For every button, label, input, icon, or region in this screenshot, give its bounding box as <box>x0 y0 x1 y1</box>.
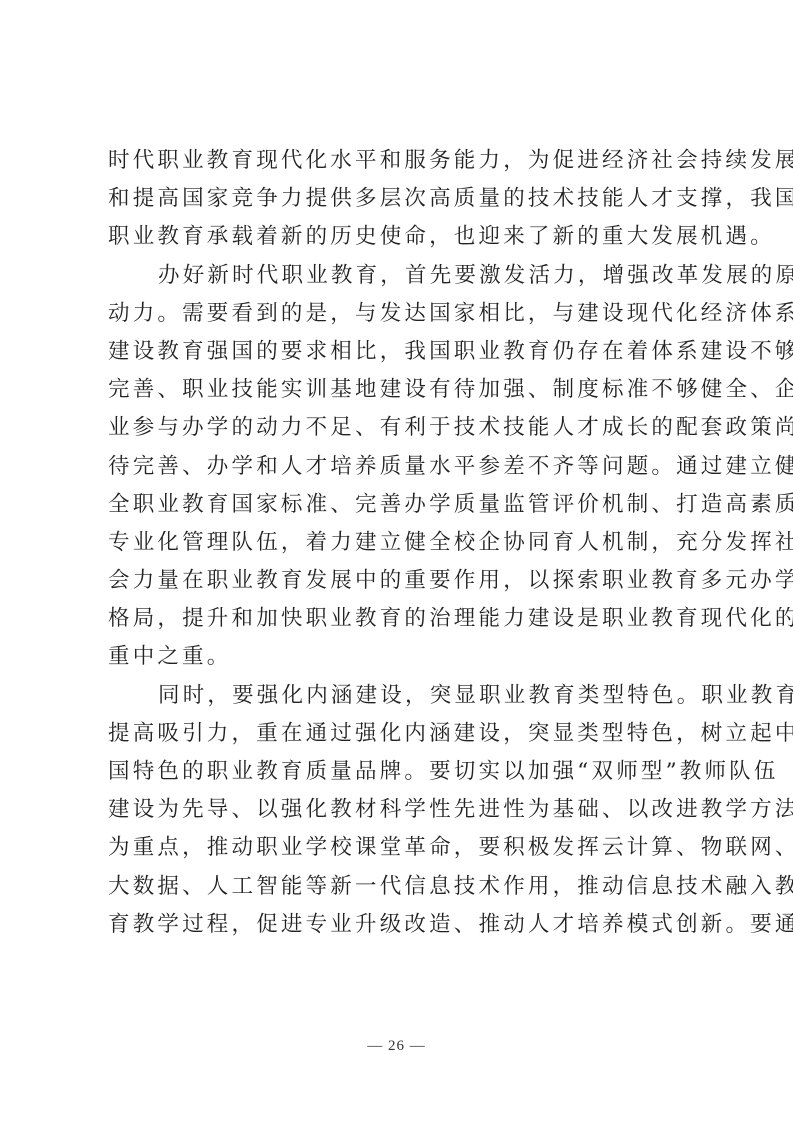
page-number: — 26 — <box>0 1038 793 1055</box>
text-line: 建设教育强国的要求相比，我国职业教育仍存在着体系建设不够 <box>108 333 713 371</box>
text-line: 待完善、办学和人才培养质量水平参差不齐等问题。通过建立健 <box>108 448 713 486</box>
text-line: 全职业教育国家标准、完善办学质量监管评价机制、打造高素质 <box>108 486 713 524</box>
text-line: 同时，要强化内涵建设，突显职业教育类型特色。职业教育 <box>108 677 713 715</box>
text-line: 时代职业教育现代化水平和服务能力，为促进经济社会持续发展 <box>108 142 713 180</box>
text-line: 大数据、人工智能等新一代信息技术作用，推动信息技术融入教 <box>108 868 713 906</box>
text-line: 育教学过程，促进专业升级改造、推动人才培养模式创新。要通 <box>108 906 713 944</box>
text-line: 动力。需要看到的是，与发达国家相比，与建设现代化经济体系、 <box>108 295 713 333</box>
text-line: 业参与办学的动力不足、有利于技术技能人才成长的配套政策尚 <box>108 409 713 447</box>
text-line: 为重点，推动职业学校课堂革命，要积极发挥云计算、物联网、 <box>108 829 713 867</box>
text-line: 建设为先导、以强化教材科学性先进性为基础、以改进教学方法 <box>108 791 713 829</box>
text-line: 会力量在职业教育发展中的重要作用，以探索职业教育多元办学 <box>108 562 713 600</box>
paragraph-2: 办好新时代职业教育，首先要激发活力，增强改革发展的原 动力。需要看到的是，与发达… <box>108 257 713 677</box>
text-line: 完善、职业技能实训基地建设有待加强、制度标准不够健全、企 <box>108 371 713 409</box>
text-line: 专业化管理队伍，着力建立健全校企协同育人机制，充分发挥社 <box>108 524 713 562</box>
text-line: 格局，提升和加快职业教育的治理能力建设是职业教育现代化的 <box>108 600 713 638</box>
text-line: 提高吸引力，重在通过强化内涵建设，突显类型特色，树立起中 <box>108 715 713 753</box>
text-line: 重中之重。 <box>108 638 713 676</box>
paragraph-3: 同时，要强化内涵建设，突显职业教育类型特色。职业教育 提高吸引力，重在通过强化内… <box>108 677 713 944</box>
text-line: 国特色的职业教育质量品牌。要切实以加强“双师型”教师队伍 <box>108 753 713 791</box>
paragraph-1: 时代职业教育现代化水平和服务能力，为促进经济社会持续发展 和提高国家竞争力提供多… <box>108 142 713 257</box>
text-line: 办好新时代职业教育，首先要激发活力，增强改革发展的原 <box>108 257 713 295</box>
text-line: 和提高国家竞争力提供多层次高质量的技术技能人才支撑，我国 <box>108 180 713 218</box>
text-line: 职业教育承载着新的历史使命，也迎来了新的重大发展机遇。 <box>108 218 713 256</box>
document-body: 时代职业教育现代化水平和服务能力，为促进经济社会持续发展 和提高国家竞争力提供多… <box>108 142 713 944</box>
